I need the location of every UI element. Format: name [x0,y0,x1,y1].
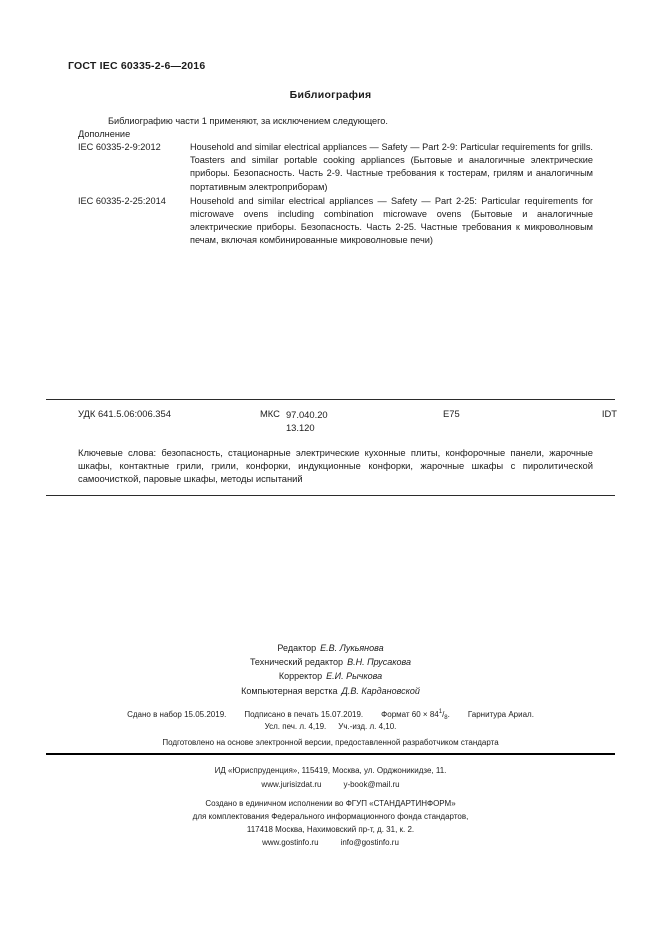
bibliography-text: Household and similar electrical applian… [190,195,593,248]
keywords-paragraph: Ключевые слова: безопасность, стационарн… [78,446,593,486]
producer-contacts: www.gostinfo.ruinfo@gostinfo.ru [0,836,661,849]
bibliography-text: Household and similar electrical applian… [190,141,593,194]
credit-line: Компьютерная версткаД.В. Кардановской [0,684,661,698]
doc-number: ГОСТ IEC 60335-2-6—2016 [68,60,205,72]
imprint-format: Формат 60 × 841/8. [381,710,450,719]
mks-codes: 97.040.20 13.120 [286,408,328,434]
publisher-email: y-book@mail.ru [343,780,399,789]
publisher-contacts: www.jurisizdat.ruy-book@mail.ru [0,778,661,792]
imprint-typeface: Гарнитура Ариал. [468,710,534,719]
mks-code-secondary: 13.120 [286,421,328,434]
udk-code: УДК 641.5.06:006.354 [78,408,171,419]
producer-line-2: для комплектования Федерального информац… [0,810,661,823]
divider-keywords [46,495,615,496]
section-title: Библиография [0,89,661,101]
producer-block: Создано в единичном исполнении во ФГУП «… [0,797,661,849]
publisher-address: ИД «Юриспруденция», 115419, Москва, ул. … [0,764,661,778]
credit-role: Технический редактор [250,657,343,667]
divider-top [46,399,615,400]
imprint-print-sheets: Усл. печ. л. 4,19. [265,722,327,731]
bibliography-intro: Библиографию части 1 применяют, за исклю… [78,115,593,128]
mks-code-primary: 97.040.20 [286,408,328,421]
imprint-pub-sheets: Уч.-изд. л. 4,10. [338,722,396,731]
prepared-note: Подготовлено на основе электронной верси… [0,738,661,747]
credit-name: Е.И. Рычкова [326,671,382,681]
mks-block: МКС 97.040.20 13.120 [260,408,328,434]
producer-line-3: 117418 Москва, Нахимовский пр-т, д. 31, … [0,823,661,836]
credit-role: Компьютерная верстка [241,686,337,696]
document-page: ГОСТ IEC 60335-2-6—2016 Библиография Биб… [0,0,661,935]
credit-line: РедакторЕ.В. Лукьянова [0,641,661,655]
producer-website: www.gostinfo.ru [262,838,318,847]
bibliography-list: IEC 60335-2-9:2012 Household and similar… [78,141,593,249]
producer-email: info@gostinfo.ru [341,838,399,847]
credit-role: Корректор [279,671,322,681]
credit-role: Редактор [277,643,316,653]
bibliography-entry: IEC 60335-2-25:2014 Household and simila… [78,195,593,248]
credit-name: В.Н. Прусакова [347,657,411,667]
idt-mark: IDT [602,408,617,419]
imprint-line-1: Сдано в набор 15.05.2019.Подписано в печ… [0,709,661,721]
publisher-website: www.jurisizdat.ru [261,780,321,789]
credits-block: РедакторЕ.В. Лукьянова Технический редак… [0,641,661,698]
credit-name: Е.В. Лукьянова [320,643,383,653]
credit-line: Технический редакторВ.Н. Прусакова [0,655,661,669]
bibliography-ref: IEC 60335-2-25:2014 [78,195,190,248]
bibliography-ref: IEC 60335-2-9:2012 [78,141,190,194]
okp-code: Е75 [443,408,460,419]
mks-label: МКС [260,408,280,434]
imprint-print-date: Подписано в печать 15.07.2019. [244,710,363,719]
imprint-line-2: Усл. печ. л. 4,19.Уч.-изд. л. 4,10. [0,722,661,731]
bibliography-entry: IEC 60335-2-9:2012 Household and similar… [78,141,593,194]
imprint-set-date: Сдано в набор 15.05.2019. [127,710,226,719]
addition-label: Дополнение [78,128,593,141]
producer-line-1: Создано в единичном исполнении во ФГУП «… [0,797,661,810]
credit-name: Д.В. Кардановской [342,686,420,696]
divider-thick [46,753,615,755]
publisher-block: ИД «Юриспруденция», 115419, Москва, ул. … [0,764,661,791]
credit-line: КорректорЕ.И. Рычкова [0,669,661,683]
